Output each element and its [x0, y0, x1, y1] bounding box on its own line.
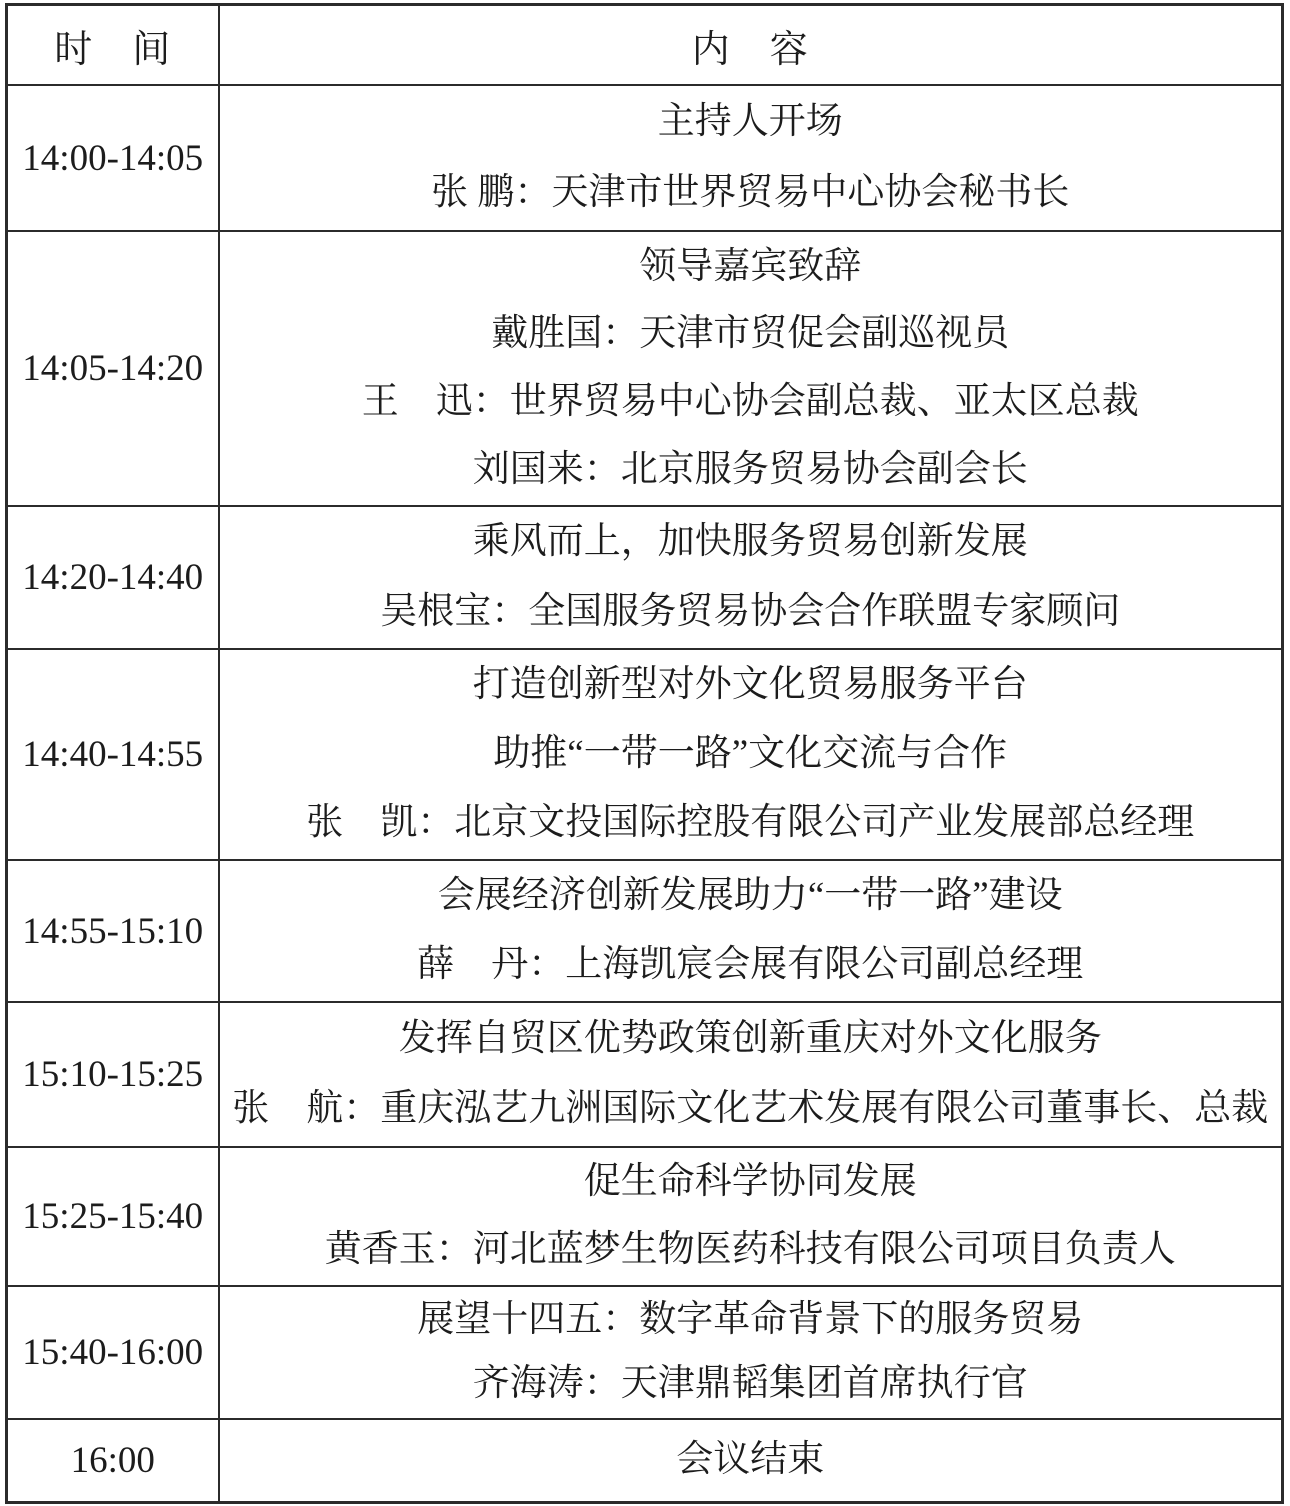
content-lines: 促生命科学协同发展黄香玉：河北蓝梦生物医药科技有限公司项目负责人 — [220, 1149, 1282, 1284]
table-row: 14:05-14:20领导嘉宾致辞戴胜国：天津市贸促会副巡视员王 迅：世界贸易中… — [7, 231, 1283, 506]
content-lines: 打造创新型对外文化贸易服务平台助推“一带一路”文化交流与合作张 凯：北京文投国际… — [220, 651, 1282, 858]
content-line: 助推“一带一路”文化交流与合作 — [493, 734, 1007, 775]
content-lines: 领导嘉宾致辞戴胜国：天津市贸促会副巡视员王 迅：世界贸易中心协会副总裁、亚太区总… — [220, 233, 1282, 504]
time-cell: 14:00-14:05 — [7, 85, 219, 231]
time-cell: 15:10-15:25 — [7, 1002, 219, 1147]
content-cell: 乘风而上，加快服务贸易创新发展吴根宝：全国服务贸易协会合作联盟专家顾问 — [219, 506, 1283, 649]
content-line: 张 凯：北京文投国际控股有限公司产业发展部总经理 — [306, 803, 1194, 844]
time-cell: 15:40-16:00 — [7, 1286, 219, 1419]
content-line: 会议结束 — [676, 1440, 824, 1481]
time-cell: 14:20-14:40 — [7, 506, 219, 649]
content-line: 发挥自贸区优势政策创新重庆对外文化服务 — [399, 1019, 1102, 1060]
content-line: 齐海涛：天津鼎韬集团首席执行官 — [473, 1364, 1028, 1405]
time-cell: 14:05-14:20 — [7, 231, 219, 506]
time-cell: 15:25-15:40 — [7, 1147, 219, 1286]
content-line: 张 航：重庆泓艺九洲国际文化艺术发展有限公司董事长、总裁 — [232, 1089, 1268, 1130]
content-line: 戴胜国：天津市贸促会副巡视员 — [491, 314, 1009, 355]
content-line: 展望十四五：数字革命背景下的服务贸易 — [417, 1300, 1083, 1341]
content-line: 打造创新型对外文化贸易服务平台 — [473, 665, 1028, 706]
content-line: 薛 丹：上海凯宸会展有限公司副总经理 — [417, 945, 1083, 986]
content-line: 黄香玉：河北蓝梦生物医药科技有限公司项目负责人 — [325, 1230, 1176, 1271]
time-cell: 16:00 — [7, 1419, 219, 1502]
content-cell: 会展经济创新发展助力“一带一路”建设薛 丹：上海凯宸会展有限公司副总经理 — [219, 860, 1283, 1002]
content-line: 乘风而上，加快服务贸易创新发展 — [473, 522, 1028, 563]
content-line: 刘国来：北京服务贸易协会副会长 — [473, 450, 1028, 491]
table-row: 16:00会议结束 — [7, 1419, 1283, 1502]
table-row: 14:00-14:05主持人开场张 鹏：天津市世界贸易中心协会秘书长 — [7, 85, 1283, 231]
content-line: 领导嘉宾致辞 — [639, 247, 861, 288]
content-lines: 会议结束 — [220, 1421, 1282, 1500]
table-row: 14:40-14:55打造创新型对外文化贸易服务平台助推“一带一路”文化交流与合… — [7, 649, 1283, 860]
content-cell: 领导嘉宾致辞戴胜国：天津市贸促会副巡视员王 迅：世界贸易中心协会副总裁、亚太区总… — [219, 231, 1283, 506]
time-cell: 14:40-14:55 — [7, 649, 219, 860]
agenda-table: 时 间 内 容 14:00-14:05主持人开场张 鹏：天津市世界贸易中心协会秘… — [5, 3, 1284, 1504]
content-lines: 发挥自贸区优势政策创新重庆对外文化服务张 航：重庆泓艺九洲国际文化艺术发展有限公… — [220, 1004, 1282, 1145]
content-line: 吴根宝：全国服务贸易协会合作联盟专家顾问 — [380, 592, 1120, 633]
content-lines: 展望十四五：数字革命背景下的服务贸易齐海涛：天津鼎韬集团首席执行官 — [220, 1288, 1282, 1417]
table-row: 15:25-15:40促生命科学协同发展黄香玉：河北蓝梦生物医药科技有限公司项目… — [7, 1147, 1283, 1286]
content-line: 王 迅：世界贸易中心协会副总裁、亚太区总裁 — [362, 382, 1139, 423]
time-cell: 14:55-15:10 — [7, 860, 219, 1002]
table-row: 15:10-15:25发挥自贸区优势政策创新重庆对外文化服务张 航：重庆泓艺九洲… — [7, 1002, 1283, 1147]
table-row: 14:55-15:10会展经济创新发展助力“一带一路”建设薛 丹：上海凯宸会展有… — [7, 860, 1283, 1002]
content-cell: 促生命科学协同发展黄香玉：河北蓝梦生物医药科技有限公司项目负责人 — [219, 1147, 1283, 1286]
agenda-page: 时 间 内 容 14:00-14:05主持人开场张 鹏：天津市世界贸易中心协会秘… — [0, 0, 1290, 1506]
content-column-header: 内 容 — [219, 5, 1283, 86]
header-row: 时 间 内 容 — [7, 5, 1283, 86]
content-line: 张 鹏：天津市世界贸易中心协会秘书长 — [431, 173, 1069, 214]
content-cell: 展望十四五：数字革命背景下的服务贸易齐海涛：天津鼎韬集团首席执行官 — [219, 1286, 1283, 1419]
content-lines: 会展经济创新发展助力“一带一路”建设薛 丹：上海凯宸会展有限公司副总经理 — [220, 862, 1282, 1000]
content-line: 主持人开场 — [658, 102, 843, 143]
content-line: 促生命科学协同发展 — [584, 1162, 917, 1203]
content-lines: 乘风而上，加快服务贸易创新发展吴根宝：全国服务贸易协会合作联盟专家顾问 — [220, 508, 1282, 647]
table-row: 15:40-16:00展望十四五：数字革命背景下的服务贸易齐海涛：天津鼎韬集团首… — [7, 1286, 1283, 1419]
content-lines: 主持人开场张 鹏：天津市世界贸易中心协会秘书长 — [220, 87, 1282, 229]
content-cell: 会议结束 — [219, 1419, 1283, 1502]
content-cell: 打造创新型对外文化贸易服务平台助推“一带一路”文化交流与合作张 凯：北京文投国际… — [219, 649, 1283, 860]
content-cell: 主持人开场张 鹏：天津市世界贸易中心协会秘书长 — [219, 85, 1283, 231]
time-column-header: 时 间 — [7, 5, 219, 86]
table-row: 14:20-14:40乘风而上，加快服务贸易创新发展吴根宝：全国服务贸易协会合作… — [7, 506, 1283, 649]
content-line: 会展经济创新发展助力“一带一路”建设 — [438, 876, 1063, 917]
content-cell: 发挥自贸区优势政策创新重庆对外文化服务张 航：重庆泓艺九洲国际文化艺术发展有限公… — [219, 1002, 1283, 1147]
agenda-rows: 14:00-14:05主持人开场张 鹏：天津市世界贸易中心协会秘书长14:05-… — [7, 85, 1283, 1502]
